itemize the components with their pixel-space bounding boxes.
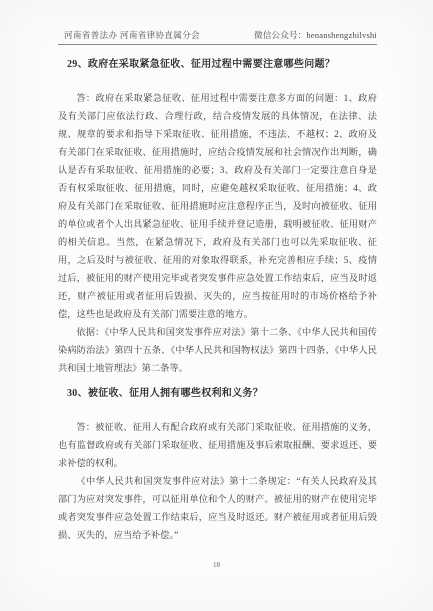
answer-30-legal-quote-paragraph: 《中华人民共和国突发事件应对法》第十二条规定：“有关人民政府及其部门为应对突发事… <box>58 472 377 544</box>
header-wechat-account-text: 微信公众号：henanshengzhilvshi <box>254 30 377 41</box>
document-page: 河南省普法办 河南省律协直属分会 微信公众号：henanshengzhilvsh… <box>0 0 433 611</box>
header-organization-text: 河南省普法办 河南省律协直属分会 <box>58 30 200 41</box>
answer-30-paragraph: 答：被征收、征用人有配合政府或有关部门采取征收、征用措施的义务，也有监督政府或有… <box>58 418 377 472</box>
answer-29-paragraph: 答：政府在采取紧急征收、征用过程中需要注意多方面的问题：1、政府及有关部门应依法… <box>58 89 377 323</box>
page-number: 18 <box>0 561 433 569</box>
answer-29-legal-basis-paragraph: 依据：《中华人民共和国突发事件应对法》第十二条、《中华人民共和国传染病防治法》第… <box>58 323 377 377</box>
document-content: 29、政府在采取紧急征收、征用过程中需要注意哪些问题？ 答：政府在采取紧急征收、… <box>58 58 377 544</box>
header-divider-line <box>58 44 377 45</box>
question-30-heading: 30、被征收、征用人拥有哪些权利和义务？ <box>58 387 377 401</box>
page-header: 河南省普法办 河南省律协直属分会 微信公众号：henanshengzhilvsh… <box>58 30 377 41</box>
question-29-heading: 29、政府在采取紧急征收、征用过程中需要注意哪些问题？ <box>58 58 377 72</box>
